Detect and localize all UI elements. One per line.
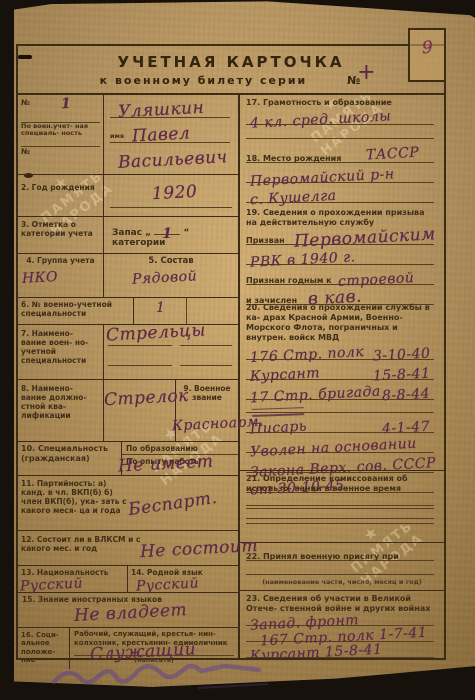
war-participation-label: 23. Сведения об участии в Великой Отече-… — [246, 594, 438, 614]
section-conscription: 19. Сведения о прохождении призыва на де… — [240, 205, 444, 300]
section-education: 17. Грамотность и образование 4 кл. сред… — [240, 95, 444, 145]
service-date: 3-10-40 — [372, 346, 430, 365]
called-line2: РВК в 1940 г. — [246, 248, 438, 268]
firstname-line: имя Павел — [110, 122, 232, 147]
surname-line: Уляшкин — [110, 97, 232, 122]
fitness-label: Признан годным к — [246, 276, 332, 286]
birthplace-line1: 18. Место рождения ТАССР — [246, 148, 438, 166]
section-oath: 22. Принял военную присягу при (наименов… — [240, 542, 444, 590]
card-subtitle: к военному билету серии № — [18, 74, 444, 87]
patronymic-line: Васильевич — [110, 147, 232, 172]
war-line3: Курсант 15-8-41 — [246, 645, 438, 658]
section-birthplace: 18. Место рождения ТАССР Первомайский р-… — [240, 145, 444, 205]
birth-year-value: 1920 — [152, 182, 198, 204]
education-line: 4 кл. сред. школы — [246, 108, 438, 128]
vus-number-label: 6. № военно-учетной специальности — [18, 298, 134, 324]
vus-name-label: 7. Наимено- вание воен- но-учетной специ… — [18, 325, 104, 379]
rule-line — [108, 345, 172, 346]
oath-label: 22. Принял военную присягу при — [246, 552, 399, 562]
category-value: 1 — [162, 226, 172, 242]
handwritten-plus: + — [357, 60, 376, 85]
empty-line — [246, 128, 438, 142]
native-language-value: Русский — [136, 575, 200, 594]
called-label: Призван — [246, 236, 285, 246]
party-value: Беспарт. — [127, 488, 218, 520]
patronymic-value: Васильевич — [118, 147, 229, 173]
rule-line — [246, 508, 434, 509]
birthplace-region: ТАССР — [366, 145, 420, 164]
service-entry: Писарь 4-1-47 — [246, 416, 438, 436]
row-category: 3. Отметка о категории учета Запас „ 1 “… — [18, 217, 238, 254]
rule-line — [180, 365, 232, 366]
record-number-label: № 1 — [21, 98, 100, 122]
service-entry-struck — [246, 403, 438, 416]
stamp-scribble — [48, 658, 308, 696]
firstname-value: Павел — [132, 123, 191, 146]
rule-line — [246, 138, 434, 139]
speciality-number-label: № — [21, 146, 100, 171]
rule-line — [180, 345, 232, 346]
fitness-line: Признан годным к строевой — [246, 268, 438, 288]
row-vus-name: 7. Наимено- вание воен- но-учетной специ… — [18, 325, 238, 380]
discharge-line1: Уволен на основании — [246, 436, 438, 456]
row-nationality-language: 13. Национальность Русский 14. Родной яз… — [18, 566, 238, 593]
empty-line — [246, 512, 438, 527]
card-header: УЧЕТНАЯ КАРТОЧКА к военному билету серии… — [18, 46, 444, 95]
row-birth-year: 2. Год рождения 1920 — [18, 175, 238, 217]
wartime-use-label: 21. Определение комиссования об использо… — [246, 474, 438, 494]
oath-line: 22. Принял военную присягу при — [246, 546, 438, 564]
birthplace-label: 18. Место рождения — [246, 154, 341, 164]
left-column: № 1 По воен.учет- ная специаль- ность № … — [18, 95, 240, 658]
service-date: 8-8-44 — [382, 386, 431, 404]
surname-value: Уляшкин — [118, 98, 205, 122]
service-entry: 176 Стр. полк 3-10-40 — [246, 343, 438, 363]
firstname-label: имя — [110, 133, 124, 141]
rule-line — [246, 523, 434, 524]
military-speciality-label: По воен.учет- ная специаль- ность — [21, 122, 100, 147]
service-unit: Курсант — [250, 365, 321, 385]
category-prefix: Запас „ — [112, 228, 151, 238]
education-label: 17. Грамотность и образование — [246, 98, 438, 108]
called-line1: Призван Первомайским — [246, 228, 438, 248]
oath-caption: (наименование части, число, месяц и год) — [246, 578, 438, 586]
qualification-label: 8. Наимено- вание должно- стной ква- лиф… — [18, 380, 104, 441]
section-service-record: 20. Сведения о прохождении службы в ка- … — [240, 300, 444, 470]
komsomol-label: 12. Состоит ли в ВЛКСМ и с какого мес. и… — [18, 531, 146, 565]
right-column: 17. Грамотность и образование 4 кл. сред… — [240, 95, 444, 658]
rule-line — [246, 574, 434, 575]
civil-speciality-label: 10. Специальность (гражданская) — [18, 442, 122, 475]
empty-line — [246, 564, 438, 578]
military-registration-card: 9 УЧЕТНАЯ КАРТОЧКА к военному билету сер… — [16, 44, 446, 660]
civil-speciality-value: Не имеет — [118, 452, 214, 477]
service-record-label: 20. Сведения о прохождении службы в ка- … — [246, 303, 438, 343]
row-party-membership: 11. Партийность: а) канд. в чл. ВКП(б) б… — [18, 476, 238, 531]
row-qualification-and-rank: 8. Наимено- вание должно- стной ква- лиф… — [18, 380, 238, 442]
empty-line — [246, 494, 438, 512]
vus-number-value: 1 — [156, 300, 165, 316]
service-entry: 17 Стр. бригада 8-8-44 — [246, 383, 438, 403]
row-name-block: № 1 По воен.учет- ная специаль- ность № … — [18, 95, 238, 175]
service-entry: Курсант 15-8-41 — [246, 363, 438, 383]
birthplace-line3: с. Кушелга — [246, 186, 438, 206]
party-label: 11. Партийность: а) канд. в чл. ВКП(б) б… — [18, 476, 136, 530]
row-group-and-staff: 4. Группа учета НКО 5. Состав Рядовой — [18, 254, 238, 298]
birthplace-line2: Первомайский р-н — [246, 166, 438, 186]
rule-line — [110, 207, 232, 208]
staff-value: Рядовой — [132, 268, 198, 287]
group-value: НКО — [22, 269, 59, 287]
rule-line — [108, 365, 172, 366]
birth-year-label: 2. Год рождения — [18, 175, 104, 216]
vus-name-value: Стрельцы — [106, 320, 207, 345]
category-field: 1 — [154, 234, 180, 235]
section-war-participation: 23. Сведения об участии в Великой Отече-… — [240, 590, 444, 658]
service-date: 15-8-41 — [372, 366, 430, 385]
group-label: 4. Группа учета — [21, 256, 100, 265]
row-foreign-languages: 15. Знание иностранных языков Не владеет — [18, 593, 238, 628]
section-wartime-use: 21. Определение комиссования об использо… — [240, 470, 444, 542]
service-date: 4-1-47 — [382, 419, 431, 437]
staff-label: 5. Состав — [107, 256, 235, 266]
row-civil-speciality: 10. Специальность (гражданская) По образ… — [18, 442, 238, 476]
category-label: 3. Отметка о категории учета — [18, 217, 104, 253]
row-komsomol: 12. Состоит ли в ВЛКСМ и с какого мес. и… — [18, 531, 238, 566]
record-number-value: 1 — [61, 96, 72, 113]
card-title: УЧЕТНАЯ КАРТОЧКА — [18, 53, 444, 71]
nationality-value: Русский — [20, 575, 84, 594]
vus-number-cell: 1 — [134, 298, 187, 324]
